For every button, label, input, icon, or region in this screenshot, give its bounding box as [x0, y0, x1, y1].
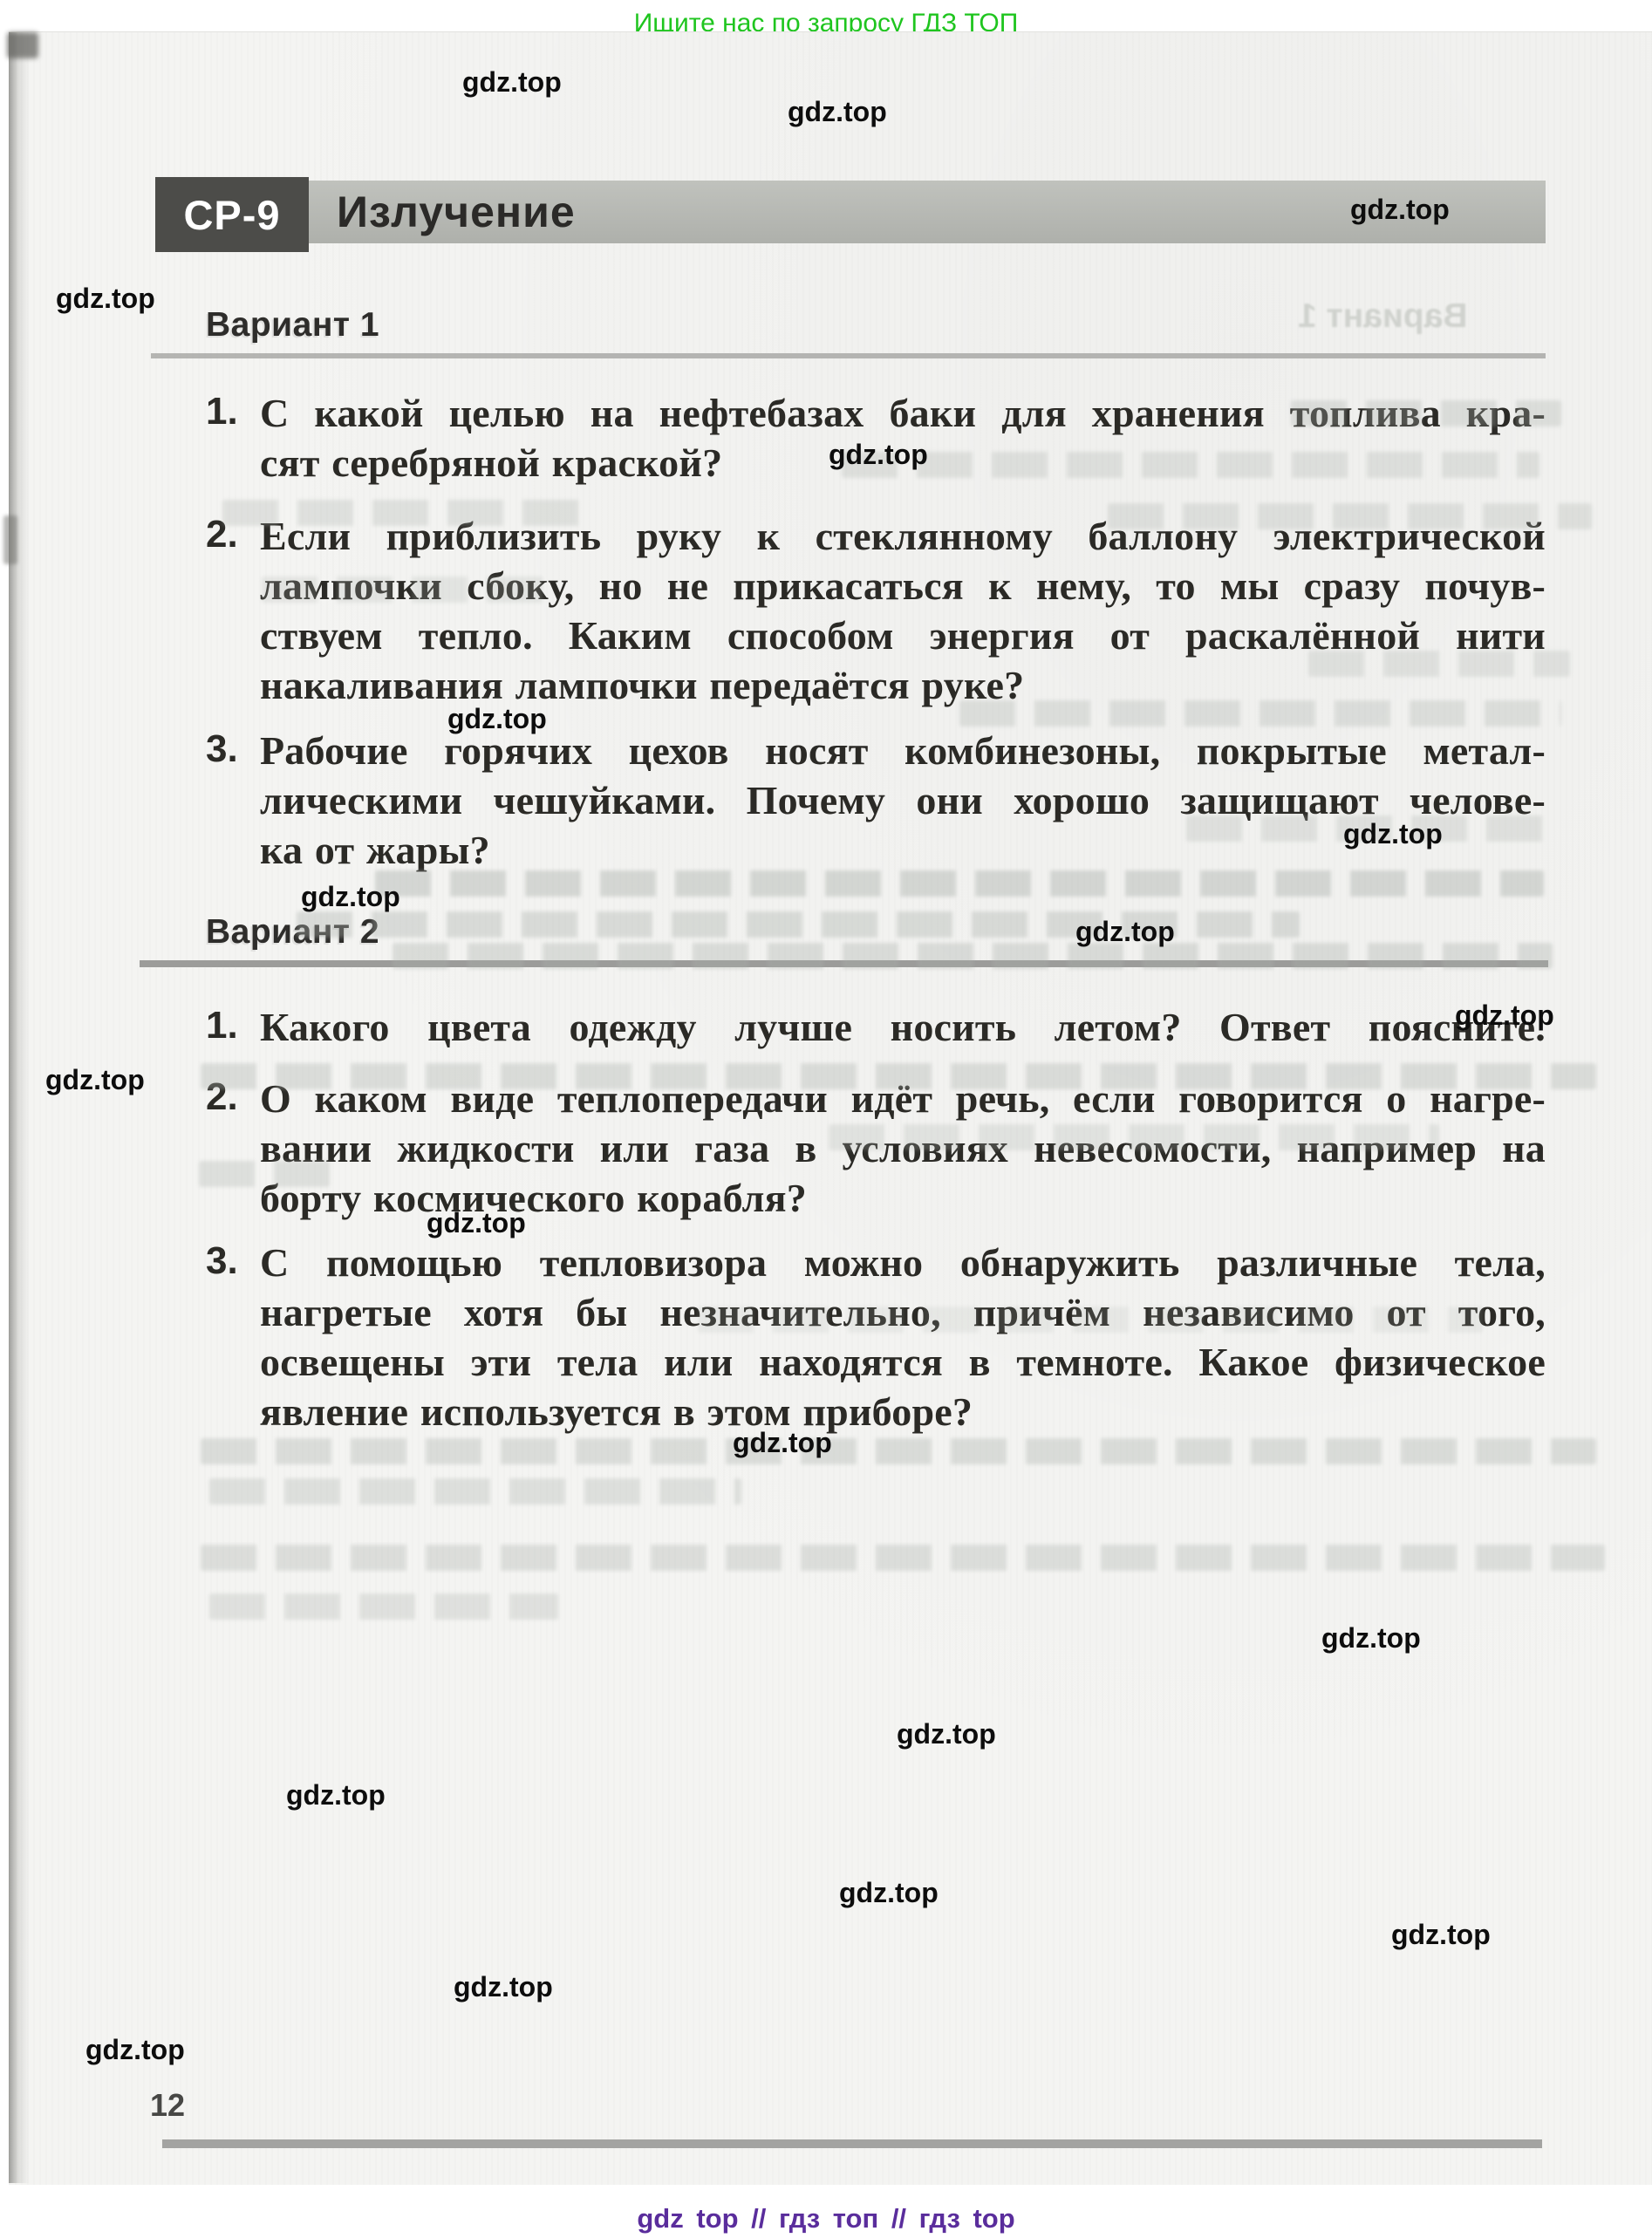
bottom-rule — [162, 2139, 1542, 2148]
section-title: Излучение — [337, 181, 576, 243]
gdz-watermark: gdz.top — [897, 1718, 996, 1750]
question-number: 1. — [206, 1004, 256, 1054]
scan-edge-artifact — [3, 515, 17, 564]
gdz-watermark: gdz.top — [839, 1877, 939, 1909]
question-number: 3. — [206, 1239, 256, 1289]
question-number: 3. — [206, 727, 256, 777]
question-line: явление используется в этом приборе? — [260, 1389, 1546, 1438]
question-text: С помощью тепловизора можно обнаружить р… — [260, 1239, 1546, 1438]
section-code-badge: СР-9 — [155, 177, 309, 252]
question-text: Если приблизить руку к стеклянному балло… — [260, 513, 1546, 712]
gdz-watermark: gdz.top — [301, 881, 400, 913]
bleed-text-stripe — [201, 1545, 1605, 1571]
gdz-watermark: gdz.top — [1455, 1000, 1554, 1032]
bleed-variant-1-ghost: Вариант 1 — [1298, 297, 1468, 336]
bleed-text-stripe — [222, 500, 597, 526]
question-text: Рабочие горячих цехов носят комбинезоны,… — [260, 727, 1546, 877]
gdz-watermark: gdz.top — [85, 2034, 185, 2066]
gdz-watermark: gdz.top — [56, 283, 155, 315]
bleed-text-stripe — [698, 1307, 1483, 1333]
gdz-watermark: gdz.top — [454, 1971, 553, 2003]
gdz-watermark: gdz.top — [427, 1207, 526, 1239]
bleed-text-stripe — [209, 1593, 558, 1620]
bleed-text-stripe — [1308, 651, 1570, 677]
bleed-text-stripe — [201, 1063, 1596, 1089]
bleed-text-stripe — [375, 870, 1544, 897]
gdz-watermark: gdz.top — [829, 439, 928, 471]
gdz-watermark: gdz.top — [1343, 818, 1443, 850]
scanned-book-page: СР-9 Излучение Вариант 1 Вариант 1 1. С … — [9, 31, 1652, 2185]
page-number: 12 — [150, 2087, 185, 2124]
gdz-watermark: gdz.top — [1321, 1622, 1421, 1655]
question-v2-3: 3. С помощью тепловизора можно обнаружит… — [206, 1239, 1546, 1438]
page-left-scan-shadow — [9, 32, 30, 2183]
bleed-text-stripe — [1291, 400, 1561, 426]
gdz-watermark: gdz.top — [447, 703, 547, 735]
bleed-text-stripe — [262, 577, 558, 603]
bleed-text-stripe — [393, 943, 1553, 969]
bleed-text-stripe — [959, 700, 1561, 727]
question-number: 1. — [206, 390, 256, 440]
gdz-watermark: gdz.top — [733, 1427, 832, 1459]
question-text: Какого цвета одежду лучше носить летом? … — [260, 1004, 1546, 1054]
gdz-watermark: gdz.top — [1350, 194, 1450, 226]
question-v1-2: 2. Если приблизить руку к стеклянному ба… — [206, 513, 1546, 712]
gdz-watermark: gdz.top — [45, 1064, 145, 1096]
question-v1-3: 3. Рабочие горячих цехов носят комбинезо… — [206, 727, 1546, 877]
bleed-text-stripe — [829, 1124, 1439, 1150]
variant-1-heading: Вариант 1 — [206, 306, 379, 345]
bleed-text-stripe — [209, 1478, 741, 1505]
question-v2-1: 1. Какого цвета одежду лучше носить лето… — [206, 1004, 1546, 1054]
gdz-watermark: gdz.top — [286, 1779, 386, 1812]
gdz-watermark: gdz.top — [1391, 1919, 1491, 1951]
question-line: освещены эти тела или находятся в темнот… — [260, 1339, 1546, 1389]
divider-line-variant-1 — [151, 353, 1546, 358]
footer-links: gdz top // гдз топ // гдз top — [0, 2203, 1652, 2235]
bleed-text-stripe — [842, 452, 1539, 478]
question-line: Какого цвета одежду лучше носить летом? … — [260, 1004, 1546, 1054]
gdz-watermark: gdz.top — [1075, 916, 1175, 948]
bleed-text-stripe — [201, 1438, 1596, 1464]
gdz-watermark: gdz.top — [462, 66, 562, 99]
bleed-text-stripe — [1108, 503, 1592, 529]
bleed-text-stripe — [199, 1161, 330, 1187]
gdz-watermark: gdz.top — [788, 96, 887, 128]
question-line: С помощью тепловизора можно обнаружить р… — [260, 1239, 1546, 1289]
scan-corner-artifact — [7, 32, 38, 58]
